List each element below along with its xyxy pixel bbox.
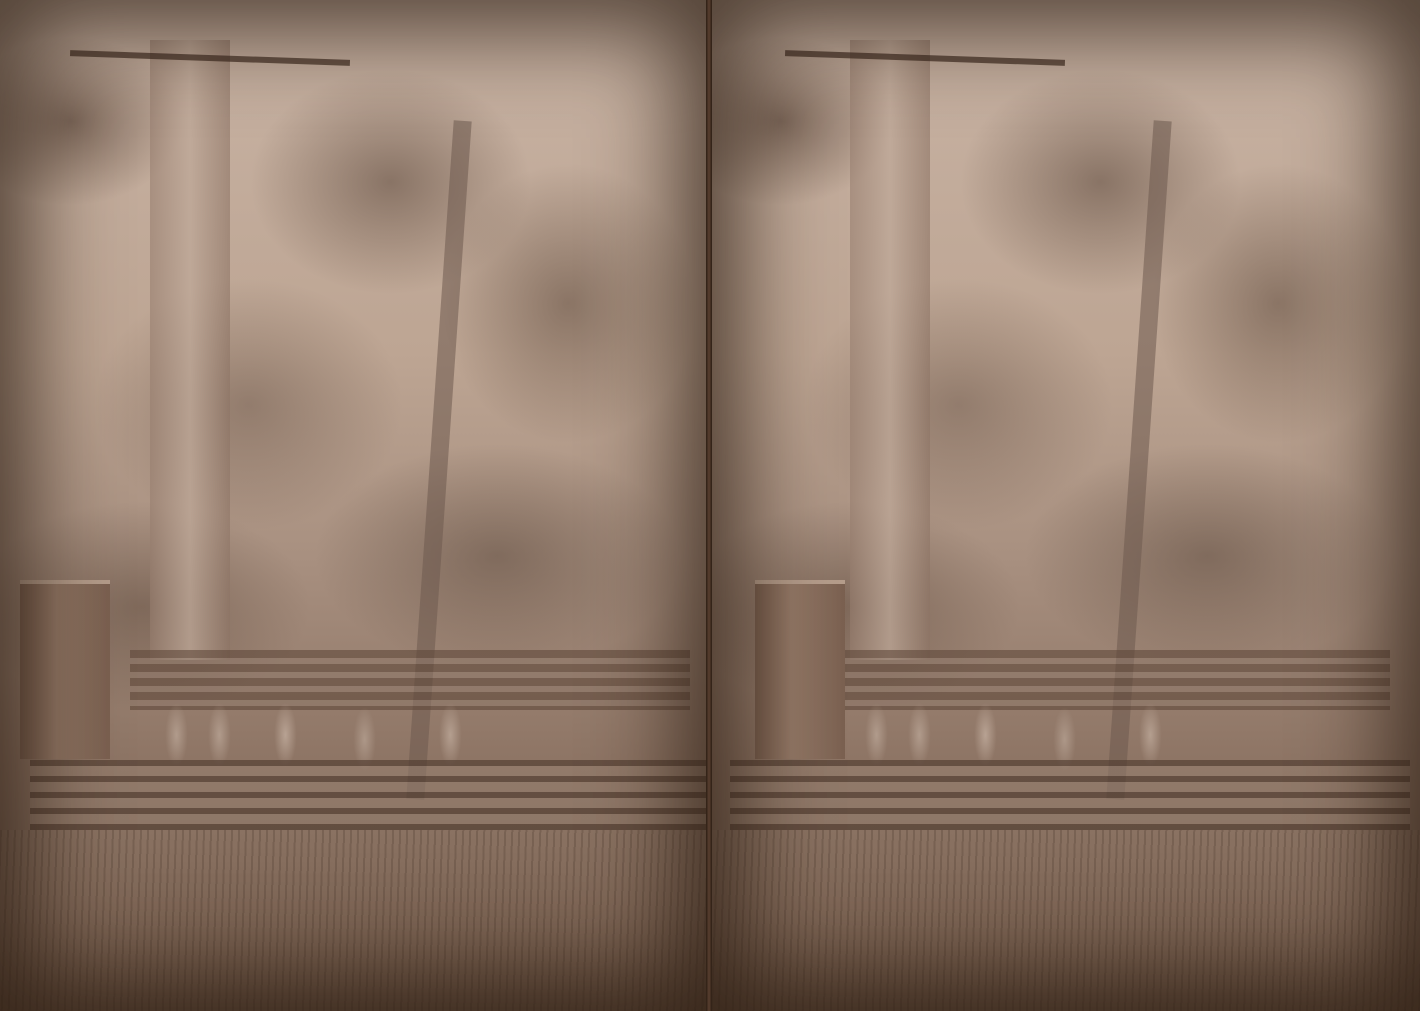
wooden-shed (20, 580, 110, 759)
stereo-right-view (710, 0, 1420, 1011)
grass-field (710, 830, 1420, 1011)
tree-trunk (850, 40, 930, 660)
wooden-railing (30, 760, 710, 830)
stereograph-card (0, 0, 1420, 1011)
wooden-shed (755, 580, 845, 759)
tree-trunk (150, 40, 230, 660)
wooden-railing (730, 760, 1410, 830)
stereo-left-view (0, 0, 710, 1011)
stereo-divider (706, 0, 712, 1011)
grass-field (0, 830, 710, 1011)
